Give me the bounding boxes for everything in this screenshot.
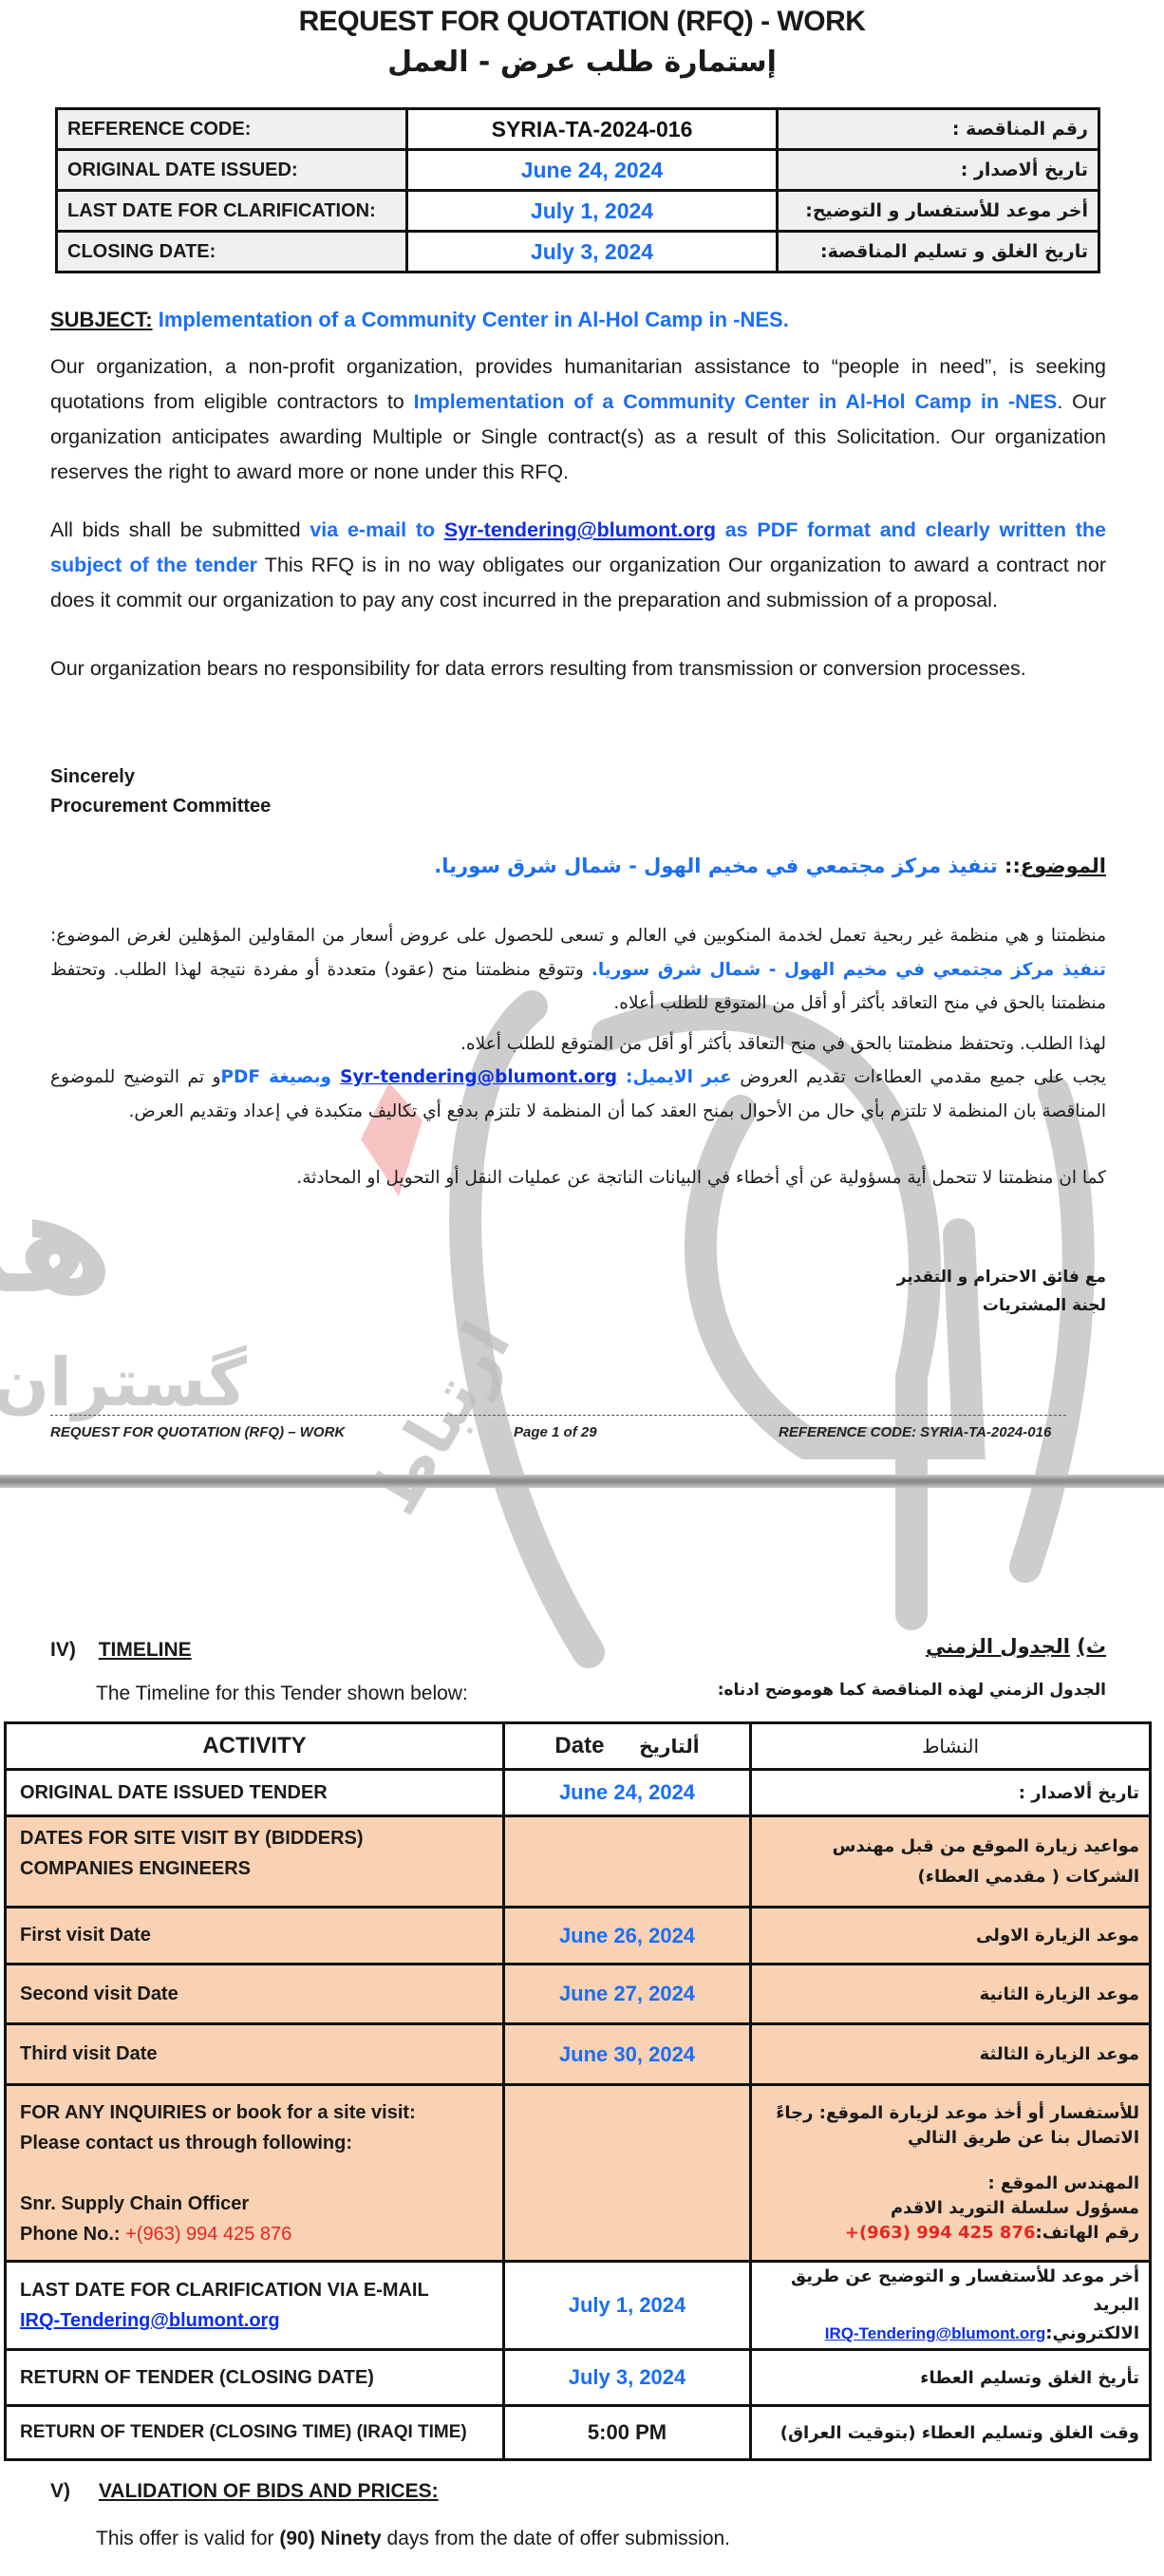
arabic-subject-sep: :: bbox=[998, 855, 1021, 877]
subject-text: Implementation of a Community Center in … bbox=[159, 308, 789, 331]
timeline-date bbox=[504, 1816, 751, 1908]
signature-block: Sincerely Procurement Committee bbox=[50, 762, 271, 821]
reference-code-value: SYRIA-TA-2024-016 bbox=[407, 109, 778, 150]
timeline-row-contact: FOR ANY INQUIRIES or book for a site vis… bbox=[6, 2085, 1151, 2262]
phone-label: Phone No.: bbox=[20, 2224, 125, 2245]
timeline-date: June 24, 2024 bbox=[504, 1770, 751, 1816]
validation-text-a: This offer is valid for bbox=[96, 2528, 279, 2549]
timeline-activity: Second visit Date bbox=[6, 1965, 504, 2024]
responsibility-paragraph: Our organization bears no responsibility… bbox=[50, 651, 1106, 686]
arabic-submission-paragraph: يجب على جميع مقدمي العطاءات تقديم العروض… bbox=[50, 1061, 1106, 1128]
validation-section-number: V) bbox=[50, 2480, 70, 2502]
phone-label-arabic: رقم الهاتف: bbox=[1036, 2223, 1140, 2243]
validation-text: This offer is valid for (90) Ninety days… bbox=[96, 2528, 730, 2550]
timeline-table: ACTIVITY Date ألتاريخ النشاط ORIGINAL DA… bbox=[4, 1721, 1152, 2461]
footer-reference-code: REFERENCE CODE: SYRIA-TA-2024-016 bbox=[779, 1424, 1051, 1440]
arabic-signature-block: مع فائق الاحترام و التقدير لجنة المشتريا… bbox=[897, 1263, 1106, 1320]
timeline-activity: LAST DATE FOR CLARIFICATION VIA E-MAIL I… bbox=[6, 2262, 504, 2350]
arabic-pdf-format: وبصيغة PDF bbox=[221, 1067, 341, 1087]
timeline-activity: ORIGINAL DATE ISSUED TENDER bbox=[6, 1770, 504, 1816]
arabic-via-email: عبر الايميل: bbox=[617, 1067, 732, 1087]
closing-committee: Procurement Committee bbox=[50, 792, 271, 821]
timeline-activity-arabic: وقت الغلق وتسليم العطاء (بتوقيت العراق) bbox=[751, 2406, 1151, 2460]
arabic-closing-committee: لجنة المشتريات bbox=[897, 1291, 1106, 1320]
footer-doc-title: REQUEST FOR QUOTATION (RFQ) – WORK bbox=[50, 1424, 345, 1440]
column-header-date: Date ألتاريخ bbox=[504, 1723, 751, 1770]
document-title: REQUEST FOR QUOTATION (RFQ) - WORK bbox=[0, 6, 1164, 38]
closing-date-label: CLOSING DATE: bbox=[57, 232, 407, 273]
arabic-repeat-paragraph: لهذا الطلب. وتحتفظ منظمتنا بالحق في منح … bbox=[50, 1027, 1106, 1062]
summary-row-issued: ORIGINAL DATE ISSUED: June 24, 2024 تاري… bbox=[57, 150, 1099, 191]
reference-code-label-arabic: رقم المناقصة : bbox=[778, 109, 1099, 150]
timeline-date: June 30, 2024 bbox=[504, 2024, 751, 2085]
validation-text-c: days from the date of offer submission. bbox=[382, 2528, 730, 2549]
date-issued-value: June 24, 2024 bbox=[407, 150, 778, 191]
document-title-arabic: إستمارة طلب عرض - العمل bbox=[0, 46, 1164, 79]
timeline-date: July 1, 2024 bbox=[504, 2262, 751, 2350]
footer-divider bbox=[50, 1415, 1066, 1416]
arabic-intro-project: تنفيذ مركز مجتمعي في مخيم الهول - شمال ش… bbox=[591, 960, 1106, 980]
timeline-row: First visit Date June 26, 2024 موعد الزي… bbox=[6, 1908, 1151, 1965]
arabic-submission-text: يجب على جميع مقدمي العطاءات تقديم العروض bbox=[732, 1067, 1106, 1087]
timeline-activity: RETURN OF TENDER (CLOSING TIME) (IRAQI T… bbox=[6, 2406, 504, 2460]
timeline-date: 5:00 PM bbox=[504, 2406, 751, 2460]
timeline-row: ORIGINAL DATE ISSUED TENDER June 24, 202… bbox=[6, 1770, 1151, 1816]
footer-page-number: Page 1 of 29 bbox=[514, 1424, 597, 1440]
timeline-row: DATES FOR SITE VISIT BY (BIDDERS) COMPAN… bbox=[6, 1816, 1151, 1908]
validation-section-title: VALIDATION OF BIDS AND PRICES: bbox=[99, 2480, 439, 2502]
svg-text:گستران: گستران bbox=[0, 1344, 247, 1421]
clarification-email-link-arabic[interactable]: IRQ-Tendering@blumont.org bbox=[825, 2324, 1046, 2342]
timeline-activity-line: DATES FOR SITE VISIT BY (BIDDERS) bbox=[20, 1823, 489, 1853]
clarification-email-link[interactable]: IRQ-Tendering@blumont.org bbox=[20, 2310, 280, 2331]
timeline-activity: DATES FOR SITE VISIT BY (BIDDERS) COMPAN… bbox=[6, 1816, 504, 1908]
arabic-tender-email-link[interactable]: Syr-tendering@blumont.org bbox=[340, 1067, 617, 1087]
timeline-date: July 3, 2024 bbox=[504, 2350, 751, 2406]
submission-via-email: via e-mail to bbox=[310, 518, 444, 541]
arabic-subject-text: تنفيذ مركز مجتمعي في مخيم الهول - شمال ش… bbox=[434, 855, 998, 877]
timeline-row: Third visit Date June 30, 2024 موعد الزي… bbox=[6, 2024, 1151, 2085]
timeline-activity: RETURN OF TENDER (CLOSING DATE) bbox=[6, 2350, 504, 2406]
timeline-row: RETURN OF TENDER (CLOSING TIME) (IRAQI T… bbox=[6, 2406, 1151, 2460]
timeline-heading-arabic: ث) الجدول الزمني bbox=[926, 1635, 1106, 1658]
clarification-date-label-arabic: أخر موعد للأستفسار و التوضيح: bbox=[778, 191, 1099, 232]
validation-period: (90) Ninety bbox=[279, 2528, 381, 2549]
date-issued-label: ORIGINAL DATE ISSUED: bbox=[57, 150, 407, 191]
timeline-activity-arabic-email-line: الالكتروني:IRQ-Tendering@blumont.org bbox=[761, 2320, 1139, 2348]
submission-text: All bids shall be submitted bbox=[50, 518, 310, 541]
arabic-subject-line: الموضوع:: تنفيذ مركز مجتمعي في مخيم الهو… bbox=[434, 855, 1106, 877]
contact-phone-line-arabic: رقم الهاتف:+(963) 994 425 876 bbox=[761, 2221, 1139, 2246]
timeline-activity-arabic: موعد الزيارة الثالثة bbox=[751, 2024, 1151, 2085]
contact-line: FOR ANY INQUIRIES or book for a site vis… bbox=[20, 2097, 489, 2128]
timeline-date bbox=[504, 2085, 751, 2262]
validation-heading: V) VALIDATION OF BIDS AND PRICES: bbox=[50, 2480, 439, 2503]
closing-date-value: July 3, 2024 bbox=[407, 232, 778, 273]
timeline-activity-arabic: موعد الزيارة الثانية bbox=[751, 1965, 1151, 2024]
timeline-row: Second visit Date June 27, 2024 موعد الز… bbox=[6, 1965, 1151, 2024]
arabic-intro-paragraph: منظمتنا و هي منظمة غير ربحية تعمل لخدمة … bbox=[50, 919, 1106, 1021]
date-issued-label-arabic: تاريخ ألاصدار : bbox=[778, 150, 1099, 191]
timeline-activity: Third visit Date bbox=[6, 2024, 504, 2085]
arabic-intro-text: منظمتنا و هي منظمة غير ربحية تعمل لخدمة … bbox=[50, 926, 1106, 946]
timeline-activity-arabic-line: أخر موعد للأستفسار و التوضيح عن طريق الب… bbox=[761, 2263, 1139, 2320]
reference-code-label: REFERENCE CODE: bbox=[57, 109, 407, 150]
contact-engineer-arabic: المهندس الموقع : bbox=[761, 2172, 1139, 2196]
timeline-heading: IV) TIMELINE bbox=[50, 1639, 192, 1662]
timeline-intro-arabic: الجدول الزمني لهذه المناقصة كما هوموضح ا… bbox=[718, 1681, 1106, 1700]
timeline-activity-arabic: تاريخ ألاصدار : bbox=[751, 1770, 1151, 1816]
timeline-activity: FOR ANY INQUIRIES or book for a site vis… bbox=[6, 2085, 504, 2262]
subject-label: SUBJECT: bbox=[50, 308, 153, 331]
timeline-activity-arabic: موعد الزيارة الاولى bbox=[751, 1908, 1151, 1965]
summary-row-clarification: LAST DATE FOR CLARIFICATION: July 1, 202… bbox=[57, 191, 1099, 232]
timeline-activity-line: LAST DATE FOR CLARIFICATION VIA E-MAIL bbox=[20, 2275, 489, 2305]
intro-paragraph: Our organization, a non-profit organizat… bbox=[50, 349, 1106, 490]
column-header-activity-arabic: النشاط bbox=[751, 1723, 1151, 1770]
arabic-email-label: الالكتروني: bbox=[1045, 2323, 1139, 2343]
intro-project-name: Implementation of a Community Center in … bbox=[414, 390, 1058, 413]
arabic-subject-label: الموضوع bbox=[1021, 855, 1106, 877]
contact-line-arabic: للأستفسار أو أخذ موعد لزيارة الموقع: رجا… bbox=[761, 2101, 1139, 2151]
timeline-activity: First visit Date bbox=[6, 1908, 504, 1965]
svg-text:ارتباط: ارتباط bbox=[355, 1309, 526, 1528]
timeline-activity-arabic: للأستفسار أو أخذ موعد لزيارة الموقع: رجا… bbox=[751, 2085, 1151, 2262]
phone-number[interactable]: +(963) 994 425 876 bbox=[125, 2224, 291, 2245]
clarification-date-value: July 1, 2024 bbox=[407, 191, 778, 232]
arabic-responsibility-paragraph: كما ان منظمتنا لا تتحمل أية مسؤولية عن أ… bbox=[50, 1161, 1106, 1195]
timeline-section-title: TIMELINE bbox=[99, 1639, 192, 1661]
contact-phone-line: Phone No.: +(963) 994 425 876 bbox=[20, 2219, 489, 2249]
closing-date-label-arabic: تاريخ الغلق و تسليم المناقصة: bbox=[778, 232, 1099, 273]
timeline-section-number-arabic: ث) bbox=[1077, 1635, 1106, 1658]
page-separator bbox=[0, 1475, 1164, 1488]
summary-row-reference: REFERENCE CODE: SYRIA-TA-2024-016 رقم ال… bbox=[57, 109, 1099, 150]
timeline-section-title-arabic: الجدول الزمني bbox=[926, 1635, 1070, 1658]
timeline-header-row: ACTIVITY Date ألتاريخ النشاط bbox=[6, 1723, 1151, 1770]
summary-table: REFERENCE CODE: SYRIA-TA-2024-016 رقم ال… bbox=[55, 107, 1100, 273]
contact-role: Snr. Supply Chain Officer bbox=[20, 2189, 489, 2219]
timeline-date: June 26, 2024 bbox=[504, 1908, 751, 1965]
timeline-row: RETURN OF TENDER (CLOSING DATE) July 3, … bbox=[6, 2350, 1151, 2406]
timeline-activity-arabic: تأريخ الغلق وتسليم العطاء bbox=[751, 2350, 1151, 2406]
timeline-activity-arabic: أخر موعد للأستفسار و التوضيح عن طريق الب… bbox=[751, 2262, 1151, 2350]
clarification-date-label: LAST DATE FOR CLARIFICATION: bbox=[57, 191, 407, 232]
subject-line: SUBJECT: Implementation of a Community C… bbox=[50, 302, 1106, 337]
tender-email-link[interactable]: Syr-tendering@blumont.org bbox=[444, 518, 716, 541]
arabic-closing-regards: مع فائق الاحترام و التقدير bbox=[897, 1263, 1106, 1291]
submission-paragraph: All bids shall be submitted via e-mail t… bbox=[50, 513, 1106, 618]
timeline-activity-line: COMPANIES ENGINEERS bbox=[20, 1853, 489, 1884]
summary-row-closing: CLOSING DATE: July 3, 2024 تاريخ الغلق و… bbox=[57, 232, 1099, 273]
closing-sincerely: Sincerely bbox=[50, 762, 271, 792]
timeline-activity-arabic: مواعيد زيارة الموقع من قبل مهندس الشركات… bbox=[751, 1816, 1151, 1908]
timeline-section-number: IV) bbox=[50, 1639, 76, 1661]
column-header-date-en: Date bbox=[554, 1733, 604, 1758]
contact-role-arabic: مسؤول سلسلة التوريد الاقدم bbox=[761, 2196, 1139, 2221]
phone-number-arabic[interactable]: +(963) 994 425 876 bbox=[845, 2223, 1036, 2243]
contact-line: Please contact us through following: bbox=[20, 2128, 489, 2158]
column-header-activity: ACTIVITY bbox=[6, 1723, 504, 1770]
column-header-date-ar: ألتاريخ bbox=[639, 1735, 699, 1758]
timeline-date: June 27, 2024 bbox=[504, 1965, 751, 2024]
timeline-row: LAST DATE FOR CLARIFICATION VIA E-MAIL I… bbox=[6, 2262, 1151, 2350]
timeline-intro: The Timeline for this Tender shown below… bbox=[96, 1683, 468, 1705]
